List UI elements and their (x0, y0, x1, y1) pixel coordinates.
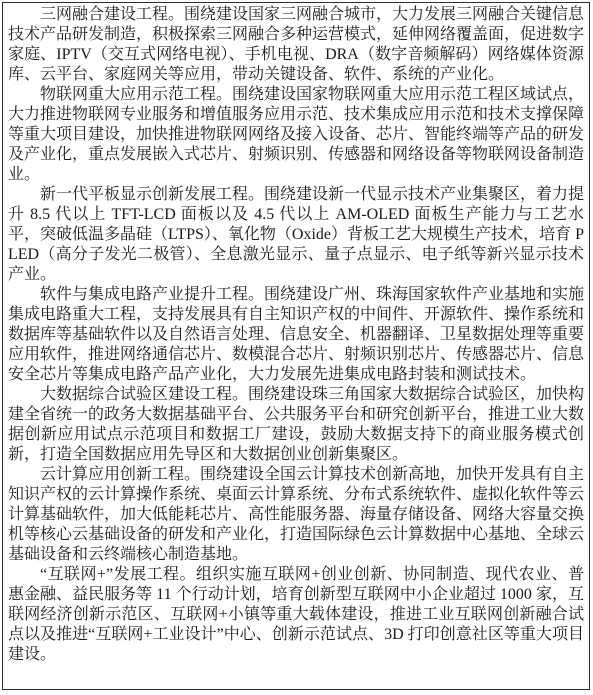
page-border-frame: 三网融合建设工程。围绕建设国家三网融合城市，大力发展三网融合关键信息技术产品研发… (2, 2, 590, 690)
paragraph-internet-plus: “互联网+”发展工程。组织实施互联网+创业创新、协同制造、现代农业、普惠金融、益… (8, 565, 584, 665)
paragraph-flat-panel-display: 新一代平板显示创新发展工程。围绕建设新一代显示技术产业集聚区，着力提升 8.5 … (8, 185, 584, 285)
paragraph-big-data-zone: 大数据综合试验区建设工程。围绕建设珠三角国家大数据综合试验区，加快构建全省统一的… (8, 385, 584, 465)
text-block: 三网融合建设工程。围绕建设国家三网融合城市，大力发展三网融合关键信息技术产品研发… (3, 3, 589, 667)
paragraph-triple-network-convergence: 三网融合建设工程。围绕建设国家三网融合城市，大力发展三网融合关键信息技术产品研发… (8, 5, 584, 85)
paragraph-software-ic: 软件与集成电路产业提升工程。围绕建设广州、珠海国家软件产业基地和实施集成电路重大… (8, 285, 584, 385)
paragraph-cloud-computing: 云计算应用创新工程。围绕建设全国云计算技术创新高地，加快开发具有自主知识产权的云… (8, 465, 584, 565)
paragraph-iot-demonstration: 物联网重大应用示范工程。围绕建设国家物联网重大应用示范工程区域试点，大力推进物联… (8, 85, 584, 185)
document-page: 三网融合建设工程。围绕建设国家三网融合城市，大力发展三网融合关键信息技术产品研发… (0, 0, 593, 695)
